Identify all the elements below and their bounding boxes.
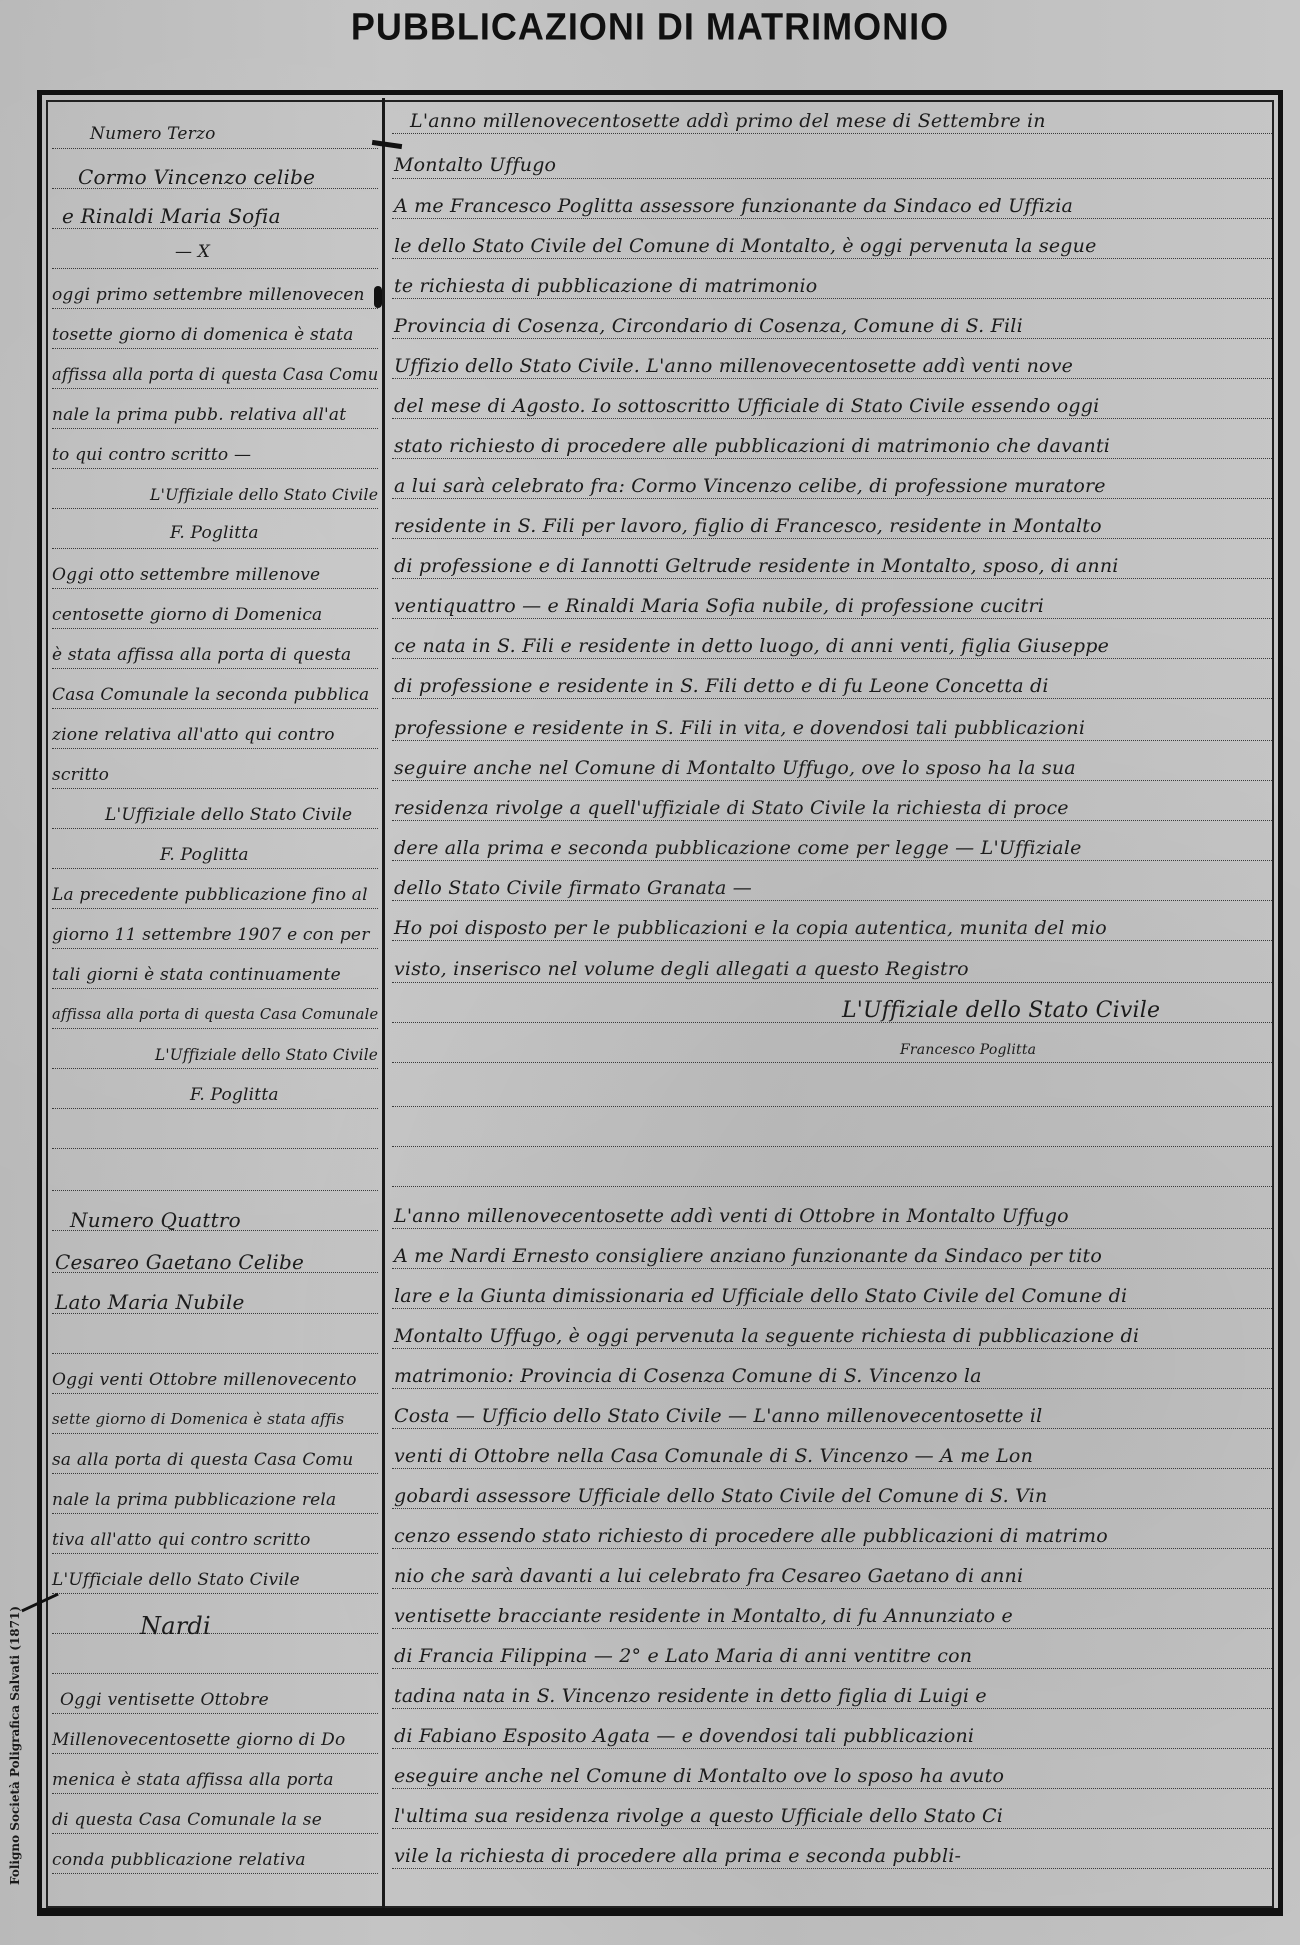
first-signature-title: L'Ufficiale dello Stato Civile [52, 1570, 300, 1590]
first-pub-line: oggi primo settembre millenovecen [52, 285, 365, 305]
act-line: residenza rivolge a quell'uffiziale di S… [394, 797, 1069, 819]
act-signature-name: Francesco Poglitta [900, 1042, 1036, 1058]
act-line: Ho poi disposto per le pubblicazioni e l… [394, 917, 1107, 939]
act-line: Montalto Uffugo, è oggi pervenuta la seg… [394, 1325, 1139, 1347]
act-line: l'ultima sua residenza rivolge a questo … [394, 1805, 1003, 1827]
entry-names-line2: Lato Maria Nubile [55, 1290, 245, 1314]
third-signature-title: L'Uffiziale dello Stato Civile [155, 1045, 378, 1064]
second-signature-title: L'Uffiziale dello Stato Civile [105, 805, 352, 825]
act-line: di professione e di Iannotti Geltrude re… [394, 555, 1119, 577]
act-line: nio che sarà davanti a lui celebrato fra… [394, 1565, 1023, 1587]
act-line: L'anno millenovecentosette addì primo de… [410, 110, 1046, 132]
act-line: stato richiesto di procedere alle pubbli… [394, 435, 1110, 457]
ink-blot-mark [374, 286, 382, 308]
first-pub-line: affissa alla porta di questa Casa Comu [52, 365, 378, 385]
bottom-border [37, 1908, 1283, 1915]
act-line: Uffizio dello Stato Civile. L'anno mille… [394, 355, 1073, 377]
act-line: di Francia Filippina — 2° e Lato Maria d… [394, 1645, 972, 1667]
continued-line: tali giorni è stata continuamente [52, 965, 341, 985]
printer-credit: Foligno Società Poligrafica Salvati (187… [8, 1606, 22, 1885]
entry-mark: — X [175, 242, 210, 262]
second-pub-line: menica è stata affissa alla porta [52, 1770, 334, 1790]
first-pub-line: tiva all'atto qui contro scritto [52, 1530, 311, 1550]
first-signature-name: F. Poglitta [170, 523, 259, 543]
act-line: Costa — Ufficio dello Stato Civile — L'a… [394, 1405, 1042, 1427]
act-line: ce nata in S. Fili e residente in detto … [394, 635, 1109, 657]
act-signature-title: L'Uffiziale dello Stato Civile [842, 998, 1160, 1023]
entry-names-line2: e Rinaldi Maria Sofia [62, 204, 281, 228]
act-line: dello Stato Civile firmato Granata — [394, 877, 752, 899]
act-line: ventiquattro — e Rinaldi Maria Sofia nub… [394, 595, 1044, 617]
first-pub-line: nale la prima pubb. relativa all'at [52, 405, 346, 425]
act-line: ventisette bracciante residente in Monta… [394, 1605, 1013, 1627]
act-line: L'anno millenovecentosette addì venti di… [394, 1205, 1069, 1227]
column-divider [382, 98, 385, 1910]
act-line: gobardi assessore Ufficiale dello Stato … [394, 1485, 1047, 1507]
first-pub-line: sette giorno di Domenica è stata affis [52, 1410, 344, 1428]
act-line: vile la richiesta di procedere alla prim… [394, 1845, 961, 1867]
act-line: di professione e residente in S. Fili de… [394, 675, 1049, 697]
second-pub-line: Oggi ventisette Ottobre [60, 1690, 269, 1710]
act-line: lare e la Giunta dimissionaria ed Uffici… [394, 1285, 1127, 1307]
act-line: le dello Stato Civile del Comune di Mont… [394, 235, 1097, 257]
entry-number: Numero Quattro [70, 1208, 241, 1232]
act-line: eseguire anche nel Comune di Montalto ov… [394, 1765, 1004, 1787]
first-pub-line: to qui contro scritto — [52, 445, 251, 465]
act-line: visto, inserisco nel volume degli allega… [394, 958, 969, 980]
second-pub-line: conda pubblicazione relativa [52, 1850, 306, 1870]
continued-line: La precedente pubblicazione fino al [52, 885, 368, 905]
second-pub-line: di questa Casa Comunale la se [52, 1810, 322, 1830]
first-signature-title: L'Uffiziale dello Stato Civile [150, 485, 378, 504]
entry-names-line1: Cormo Vincenzo celibe [78, 165, 315, 189]
third-signature-name: F. Poglitta [190, 1085, 279, 1105]
act-line: tadina nata in S. Vincenzo residente in … [394, 1685, 987, 1707]
act-line: matrimonio: Provincia di Cosenza Comune … [394, 1365, 982, 1387]
act-line: Montalto Uffugo [394, 154, 556, 176]
second-pub-line: Casa Comunale la seconda pubblica [52, 685, 369, 705]
first-signature-name: Nardi [140, 1612, 211, 1640]
act-line: te richiesta di pubblicazione di matrimo… [394, 275, 817, 297]
entry-names-line1: Cesareo Gaetano Celibe [55, 1250, 304, 1274]
first-pub-line: sa alla porta di questa Casa Comu [52, 1450, 353, 1470]
act-line: seguire anche nel Comune di Montalto Uff… [394, 757, 1076, 779]
act-line: di Fabiano Esposito Agata — e dovendosi … [394, 1725, 974, 1747]
first-pub-line: tosette giorno di domenica è stata [52, 325, 354, 345]
second-pub-line: scritto [52, 765, 109, 785]
document-title: PUBBLICAZIONI DI MATRIMONIO [0, 5, 1300, 49]
act-line: residente in S. Fili per lavoro, figlio … [394, 515, 1102, 537]
first-pub-line: nale la prima pubblicazione rela [52, 1490, 336, 1510]
continued-line: affissa alla porta di questa Casa Comuna… [52, 1005, 378, 1023]
act-line: professione e residente in S. Fili in vi… [394, 717, 1085, 739]
second-signature-name: F. Poglitta [160, 845, 249, 865]
second-pub-line: Oggi otto settembre millenove [52, 565, 320, 585]
second-pub-line: è stata affissa alla porta di questa [52, 645, 351, 665]
act-line: Provincia di Cosenza, Circondario di Cos… [394, 315, 1023, 337]
continued-line: giorno 11 settembre 1907 e con per [52, 925, 370, 945]
second-pub-line: zione relativa all'atto qui contro [52, 725, 335, 745]
act-line: dere alla prima e seconda pubblicazione … [394, 837, 1082, 859]
entry-number: Numero Terzo [90, 124, 216, 144]
act-line: del mese di Agosto. Io sottoscritto Uffi… [394, 395, 1099, 417]
act-line: A me Francesco Poglitta assessore funzio… [394, 195, 1073, 217]
act-line: cenzo essendo stato richiesto di procede… [394, 1525, 1108, 1547]
act-line: a lui sarà celebrato fra: Cormo Vincenzo… [394, 475, 1106, 497]
second-pub-line: Millenovecentosette giorno di Do [52, 1730, 345, 1750]
second-pub-line: centosette giorno di Domenica [52, 605, 322, 625]
act-line: A me Nardi Ernesto consigliere anziano f… [394, 1245, 1102, 1267]
first-pub-line: Oggi venti Ottobre millenovecento [52, 1370, 357, 1390]
act-line: venti di Ottobre nella Casa Comunale di … [394, 1445, 1033, 1467]
